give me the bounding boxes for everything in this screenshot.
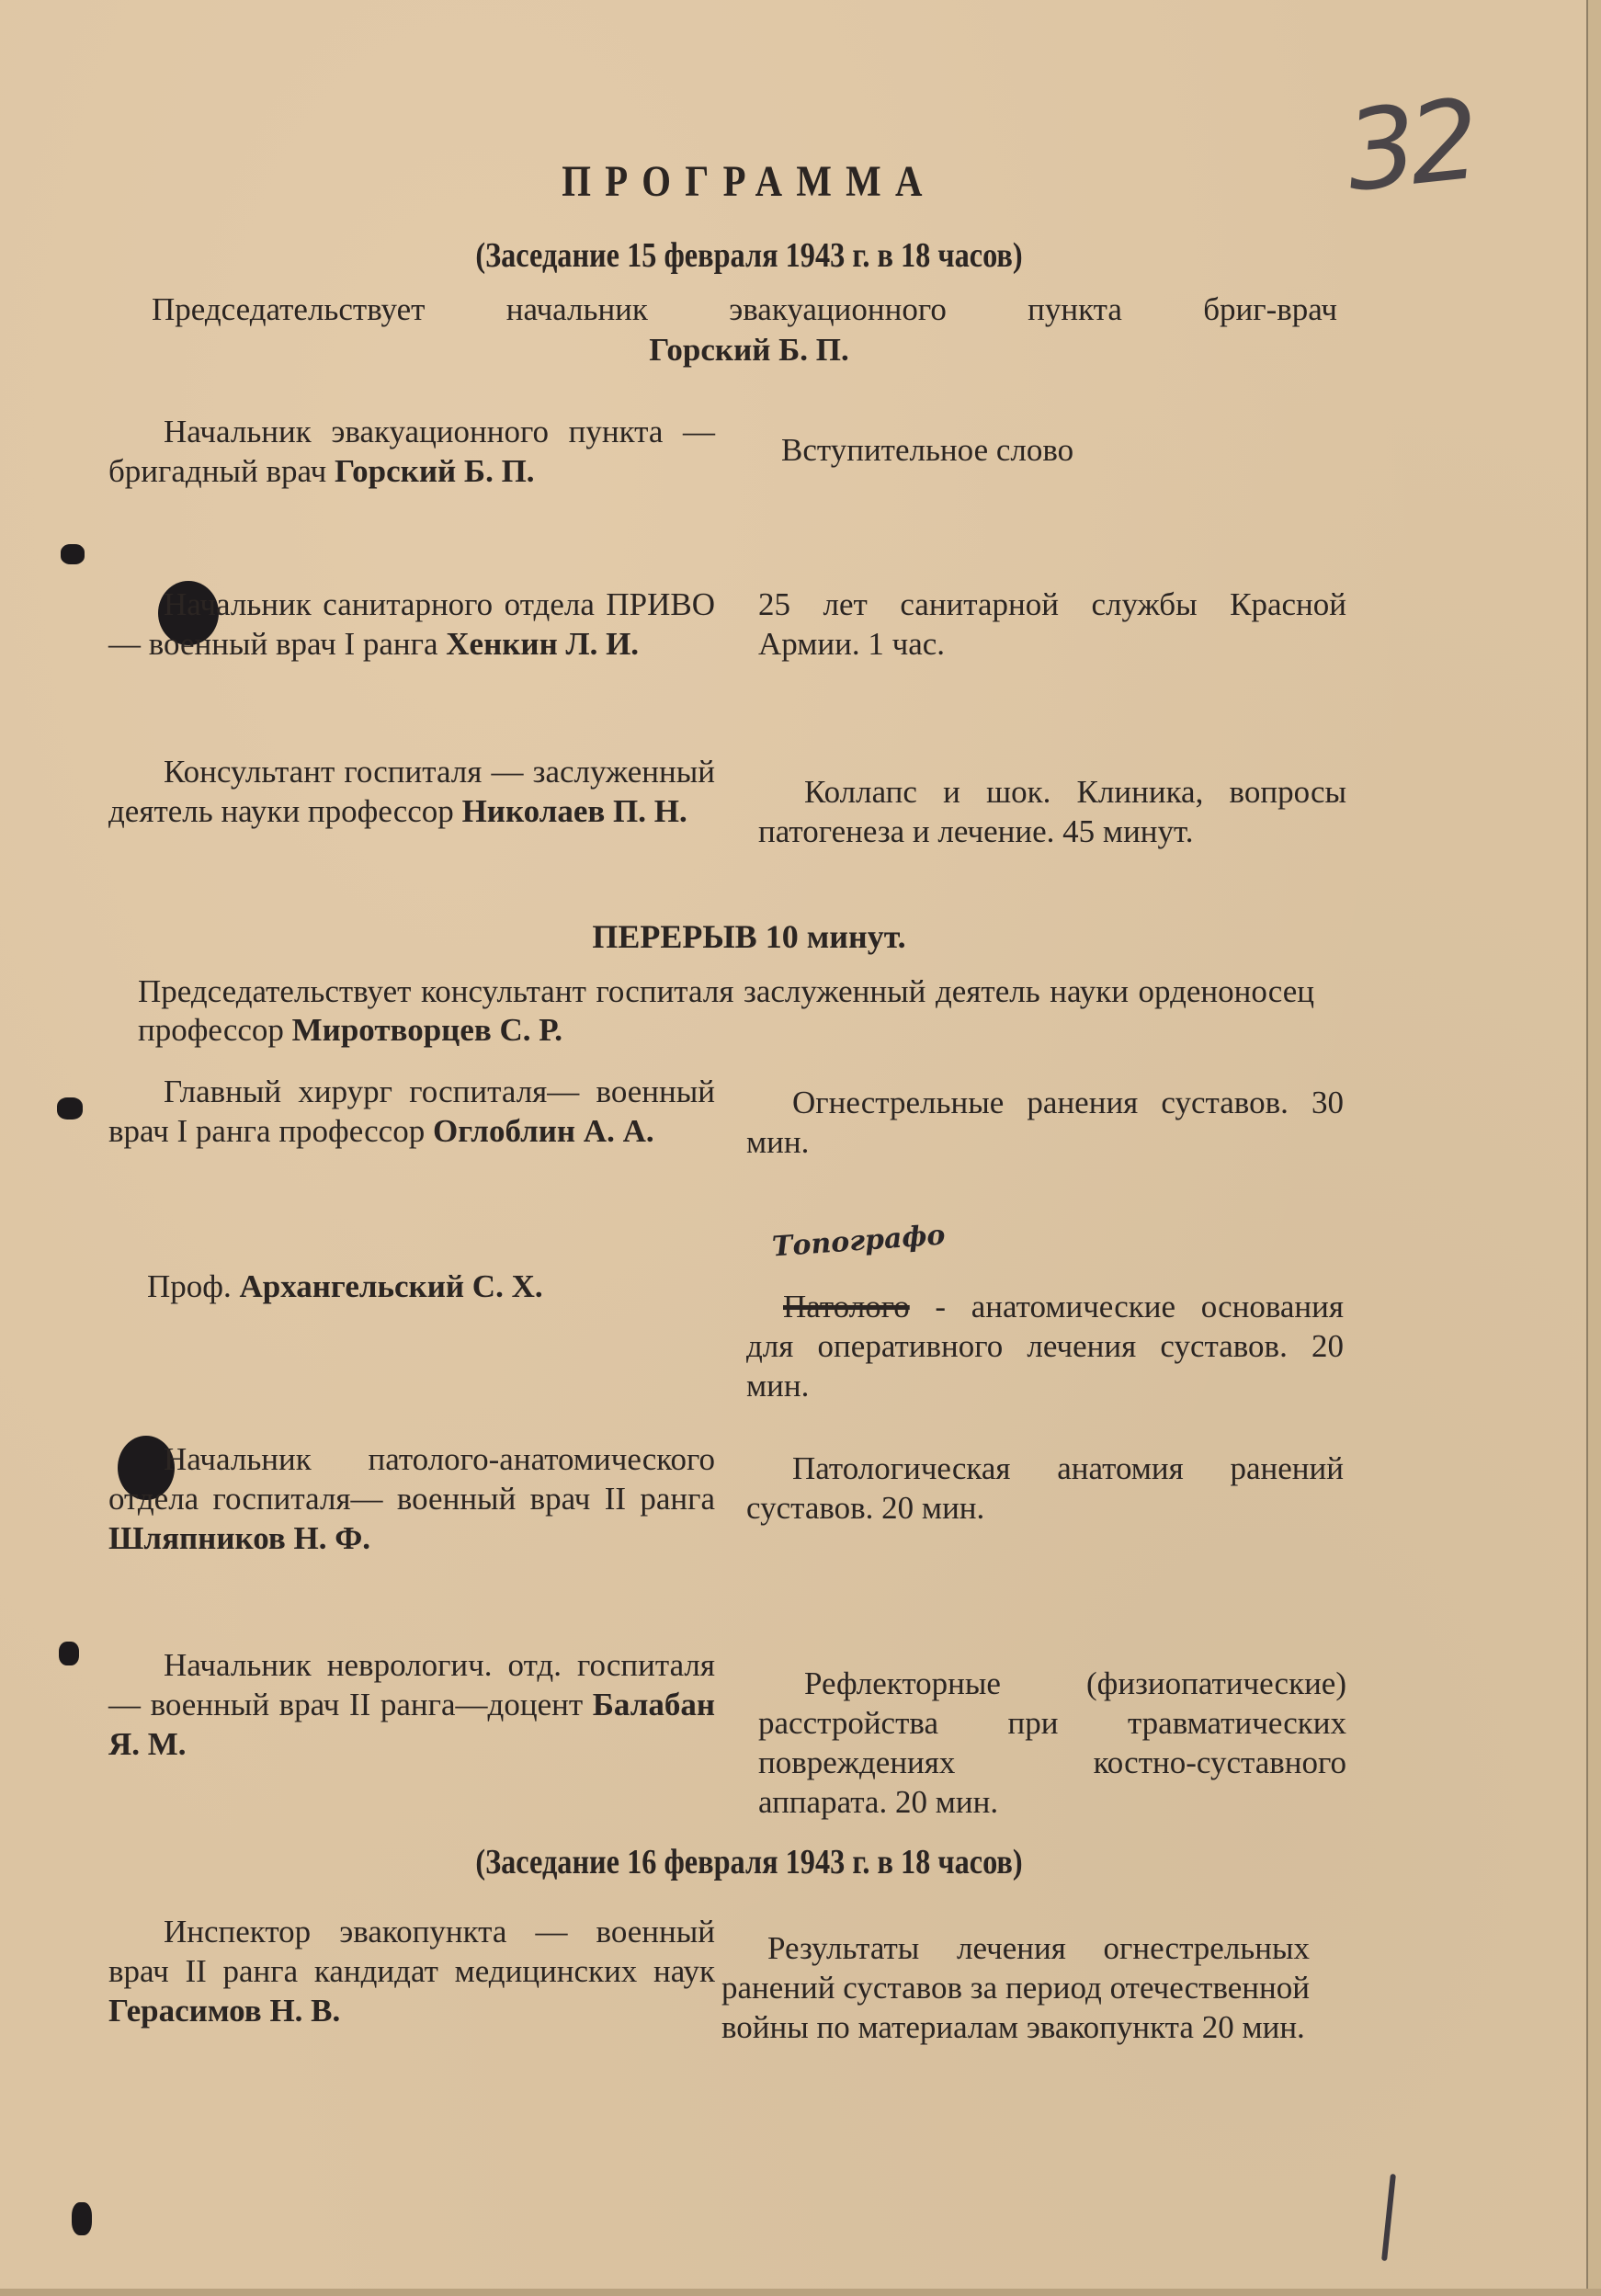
- session-2-heading: (Заседание 16 февраля 1943 г. в 18 часов…: [112, 1842, 1386, 1882]
- speaker: Начальник патолого-анатомического отдела…: [108, 1439, 715, 1558]
- speaker-name: Шляпников Н. Ф.: [108, 1520, 370, 1556]
- speaker-name: Горский Б. П.: [335, 453, 535, 489]
- speaker-name: Николаев П. Н.: [462, 793, 687, 829]
- ink-blot: [72, 2202, 92, 2235]
- topic: Коллапс и шок. Клиника, вопросы патогене…: [758, 772, 1346, 851]
- topic: 25 лет санитарной службы Красной Армии. …: [758, 585, 1346, 664]
- page-bottom-edge: [0, 2289, 1601, 2296]
- speaker: Начальник санитарного отдела ПРИВО — вое…: [108, 585, 715, 664]
- speaker-name: Хенкин Л. И.: [446, 626, 639, 662]
- ink-blot: [59, 1642, 79, 1665]
- chair-1-name: Горский Б. П.: [649, 332, 849, 368]
- topic: Вступительное слово: [735, 430, 1342, 470]
- struck-word: Патолого: [783, 1289, 910, 1324]
- chair-2-name: Миротворцев С. Р.: [292, 1012, 562, 1048]
- chair-1-line: Председательствует начальник эвакуационн…: [152, 290, 1337, 329]
- topic: Огнестрельные ранения суставов. 30 мин.: [746, 1083, 1344, 1162]
- chair-1-prefix: Председательствует начальник эвакуационн…: [152, 291, 1337, 327]
- topic: Патологическая анатомия ранений суставов…: [746, 1449, 1344, 1528]
- session-1-heading: (Заседание 15 февраля 1943 г. в 18 часов…: [112, 235, 1386, 276]
- topic: Рефлекторные (физиопатические) расстройс…: [758, 1664, 1346, 1822]
- document-title: ПРОГРАММА: [112, 156, 1386, 207]
- page-edge: [1586, 0, 1601, 2296]
- speaker-name: Герасимов Н. В.: [108, 1993, 340, 2029]
- speaker: Начальник эвакуационного пункта — бригад…: [108, 412, 715, 491]
- speaker: Консультант госпиталя — заслуженный деят…: [108, 752, 715, 831]
- chair-2-line: Председательствует консультант госпиталя…: [138, 972, 1314, 1050]
- speaker-name: Архангельский С. Х.: [239, 1268, 542, 1304]
- speaker: Проф. Архангельский С. Х.: [147, 1267, 754, 1306]
- chair-1-name-line: Горский Б. П.: [0, 331, 1498, 369]
- speaker: Главный хирург госпиталя— военный врач I…: [108, 1072, 715, 1151]
- ink-blot: [61, 544, 85, 564]
- topic: Результаты лечения огнестрельных ранений…: [721, 1928, 1310, 2047]
- speaker: Начальник неврологич. отд. госпиталя — в…: [108, 1645, 715, 1764]
- ink-blot: [57, 1097, 83, 1120]
- topic: Патолого - анатомические основания для о…: [746, 1287, 1344, 1405]
- break-heading: ПЕРЕРЫВ 10 минут.: [0, 917, 1498, 956]
- speaker: Инспектор эвакопункта — военный врач II …: [108, 1912, 715, 2030]
- speaker-name: Оглоблин А. А.: [433, 1113, 654, 1149]
